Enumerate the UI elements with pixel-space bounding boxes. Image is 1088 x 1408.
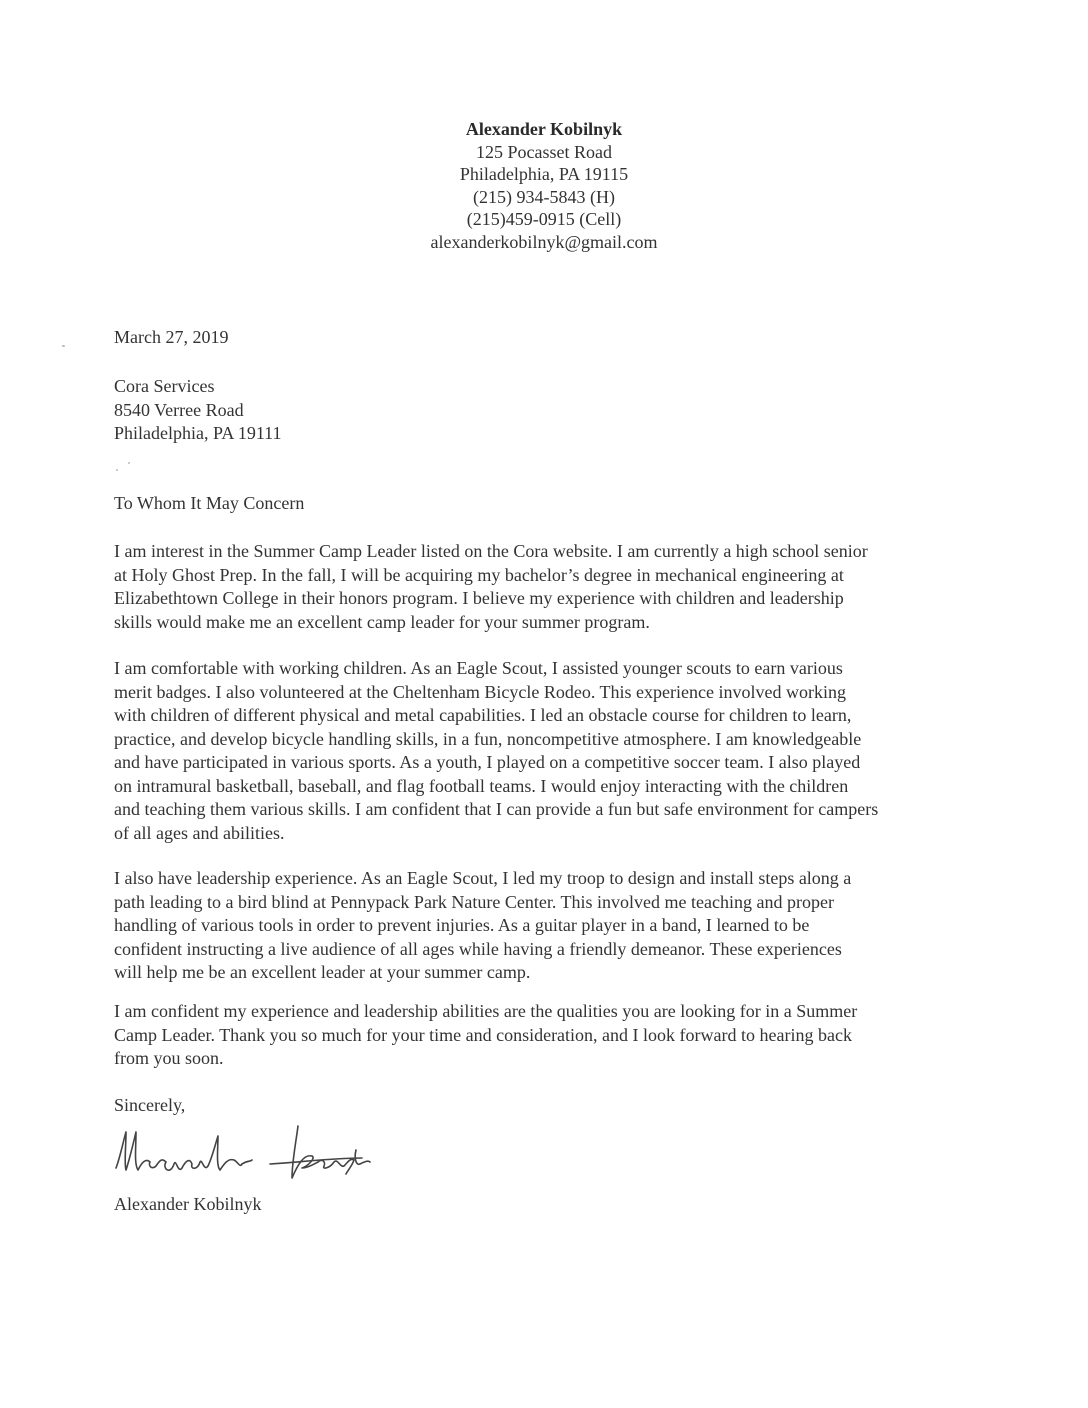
body-paragraph-1: I am interest in the Summer Camp Leader …: [114, 540, 944, 634]
body-line: will help me be an excellent leader at y…: [114, 961, 944, 985]
body-line: Camp Leader. Thank you so much for your …: [114, 1024, 944, 1048]
signer-name: Alexander Kobilnyk: [114, 1193, 944, 1217]
recipient-address-line1: 8540 Verree Road: [114, 399, 944, 423]
body-line: handling of various tools in order to pr…: [114, 914, 944, 938]
body-line: I am comfortable with working children. …: [114, 657, 944, 681]
body-line: and have participated in various sports.…: [114, 751, 944, 775]
scan-speck: [62, 345, 65, 347]
body-line: Elizabethtown College in their honors pr…: [114, 587, 944, 611]
recipient-address-line2: Philadelphia, PA 19111: [114, 422, 944, 446]
scan-speck: [116, 469, 118, 471]
sender-address-line1: 125 Pocasset Road: [0, 141, 1088, 164]
sender-email: alexanderkobilnyk@gmail.com: [0, 231, 1088, 254]
recipient-name: Cora Services: [114, 375, 944, 399]
body-line: I am interest in the Summer Camp Leader …: [114, 540, 944, 564]
body-paragraph-2: I am comfortable with working children. …: [114, 657, 944, 845]
sender-address-line2: Philadelphia, PA 19115: [0, 163, 1088, 186]
body-line: of all ages and abilities.: [114, 822, 944, 846]
salutation: To Whom It May Concern: [114, 492, 944, 516]
body-line: and teaching them various skills. I am c…: [114, 798, 944, 822]
closing: Sincerely,: [114, 1094, 944, 1118]
recipient-address: Cora Services 8540 Verree Road Philadelp…: [114, 375, 944, 446]
handwritten-signature-icon: [112, 1118, 372, 1188]
sender-phone-home: (215) 934-5843 (H): [0, 186, 1088, 209]
sender-letterhead: Alexander Kobilnyk 125 Pocasset Road Phi…: [0, 118, 1088, 253]
letter-date: March 27, 2019: [114, 326, 944, 350]
body-line: confident instructing a live audience of…: [114, 938, 944, 962]
body-line: with children of different physical and …: [114, 704, 944, 728]
sender-name: Alexander Kobilnyk: [0, 118, 1088, 141]
body-line: practice, and develop bicycle handling s…: [114, 728, 944, 752]
body-line: on intramural basketball, baseball, and …: [114, 775, 944, 799]
body-line: I am confident my experience and leaders…: [114, 1000, 944, 1024]
body-line: path leading to a bird blind at Pennypac…: [114, 891, 944, 915]
sender-phone-cell: (215)459-0915 (Cell): [0, 208, 1088, 231]
body-line: skills would make me an excellent camp l…: [114, 611, 944, 635]
body-paragraph-3: I also have leadership experience. As an…: [114, 867, 944, 985]
body-line: from you soon.: [114, 1047, 944, 1071]
scan-speck: [128, 462, 130, 464]
body-line: merit badges. I also volunteered at the …: [114, 681, 944, 705]
body-line: I also have leadership experience. As an…: [114, 867, 944, 891]
body-paragraph-4: I am confident my experience and leaders…: [114, 1000, 944, 1071]
body-line: at Holy Ghost Prep. In the fall, I will …: [114, 564, 944, 588]
letter-page: Alexander Kobilnyk 125 Pocasset Road Phi…: [0, 0, 1088, 1408]
